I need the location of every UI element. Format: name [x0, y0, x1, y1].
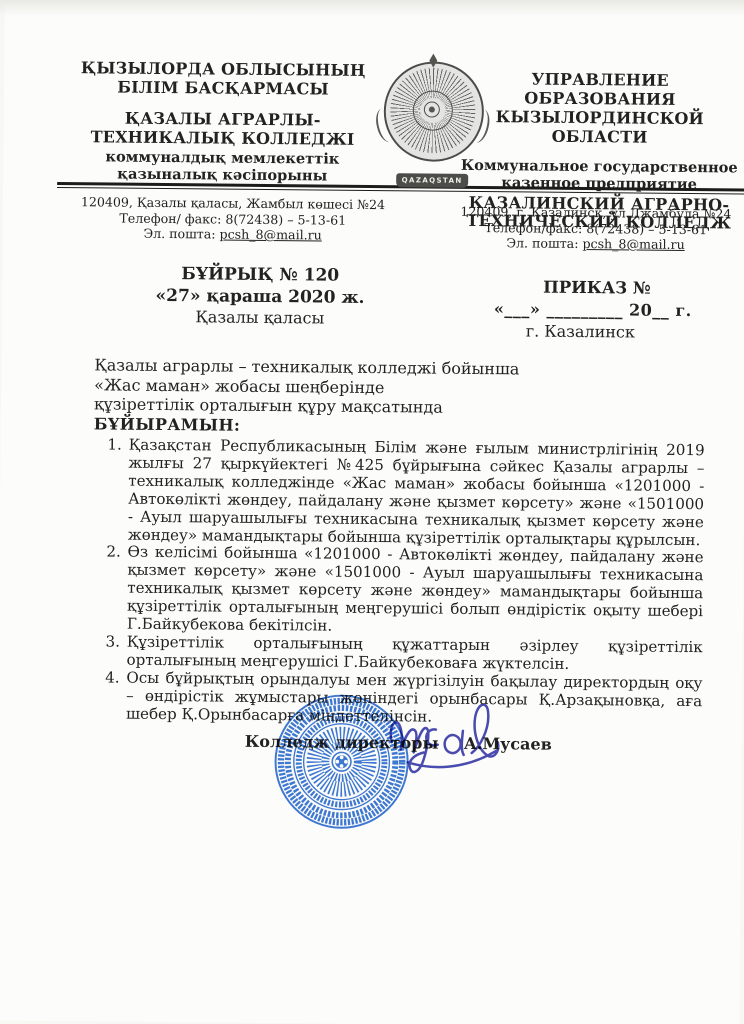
org-form-kk-line1: коммуналдық мемлекеттік	[61, 148, 383, 168]
order-city-kk: Қазалы қаласы	[114, 307, 406, 330]
header-left-kazakh: ҚЫЗЫЛОРДА ОБЛЫСЫНЫҢ БІЛІМ БАСҚАРМАСЫ ҚАЗ…	[61, 58, 384, 185]
contacts-right: 120409, г. Казалинск, ул.Джамбула №24 Те…	[445, 204, 744, 254]
email-address-kk: pcsh_8@mail.ru	[219, 227, 321, 243]
emblem-banner: QAZAQSTAN	[396, 173, 468, 188]
order-city-ru: г. Казалинск	[526, 321, 635, 341]
contacts-left: 120409, Қазалы қаласы, Жамбыл көшесі №24…	[79, 194, 387, 244]
email-row-kk: Эл. пошта: pcsh_8@mail.ru	[79, 225, 387, 244]
order-heading-kazakh: БҰЙРЫҚ № 120 «27» қараша 2020 ж. Қазалы …	[114, 264, 407, 330]
email-label-kk: Эл. пошта:	[143, 226, 215, 242]
kazakhstan-coat-of-arms-icon: QAZAQSTAN	[379, 56, 486, 191]
director-signature	[377, 688, 510, 793]
order-preamble: Қазалы аграрлы – техникалық колледжі бой…	[94, 355, 615, 438]
authority-name-ru-line1: УПРАВЛЕНИЕ ОБРАЗОВАНИЯ	[454, 69, 744, 110]
order-number-ru: ПРИКАЗ №	[543, 278, 651, 298]
phone-ru: Телефон/факс: 8(72438) – 5-13-61	[445, 219, 744, 237]
paper-sheet: ҚЫЗЫЛОРДА ОБЛЫСЫНЫҢ БІЛІМ БАСҚАРМАСЫ ҚАЗ…	[0, 0, 744, 1024]
emblem-caption: QAZAQSTAN	[402, 177, 463, 185]
email-label-ru: Эл. пошта:	[506, 235, 578, 251]
college-name-kk-line2: ТЕХНИКАЛЫҚ КОЛЛЕДЖІ	[61, 127, 383, 149]
order-item-1: Қазақстан Республикасының Білім және ғыл…	[126, 437, 705, 550]
authority-name-ru-line2: КЫЗЫЛОРДИНСКОЙ ОБЛАСТИ	[454, 107, 744, 148]
authority-name-kk-line2: БІЛІМ БАСҚАРМАСЫ	[62, 77, 384, 99]
email-address-ru: pcsh_8@mail.ru	[582, 236, 684, 252]
authority-name-kk-line1: ҚЫЗЫЛОРДА ОБЛЫСЫНЫҢ	[62, 58, 384, 80]
order-item-2: Өз келісімі бойынша «1201000 - Автокөлік…	[125, 544, 704, 639]
email-row-ru: Эл. пошта: pcsh_8@mail.ru	[445, 235, 744, 253]
order-date-kk: «27» қараша 2020 ж.	[114, 285, 406, 309]
org-form-ru-line1: Коммунальное государственное	[453, 157, 744, 177]
decree-word: БҰЙЫРАМЫН:	[94, 414, 614, 439]
phone-kk: Телефон/ факс: 8(72438) – 5-13-61	[79, 210, 387, 229]
order-date-blank-ru: «___» _________ 20__ г.	[494, 299, 692, 320]
scanned-order-document: ҚЫЗЫЛОРДА ОБЛЫСЫНЫҢ БІЛІМ БАСҚАРМАСЫ ҚАЗ…	[0, 0, 744, 1024]
order-number-kk: БҰЙРЫҚ № 120	[114, 264, 406, 288]
order-items: Қазақстан Республикасының Білім және ғыл…	[94, 436, 705, 728]
emblem-shanyrak	[424, 101, 440, 117]
